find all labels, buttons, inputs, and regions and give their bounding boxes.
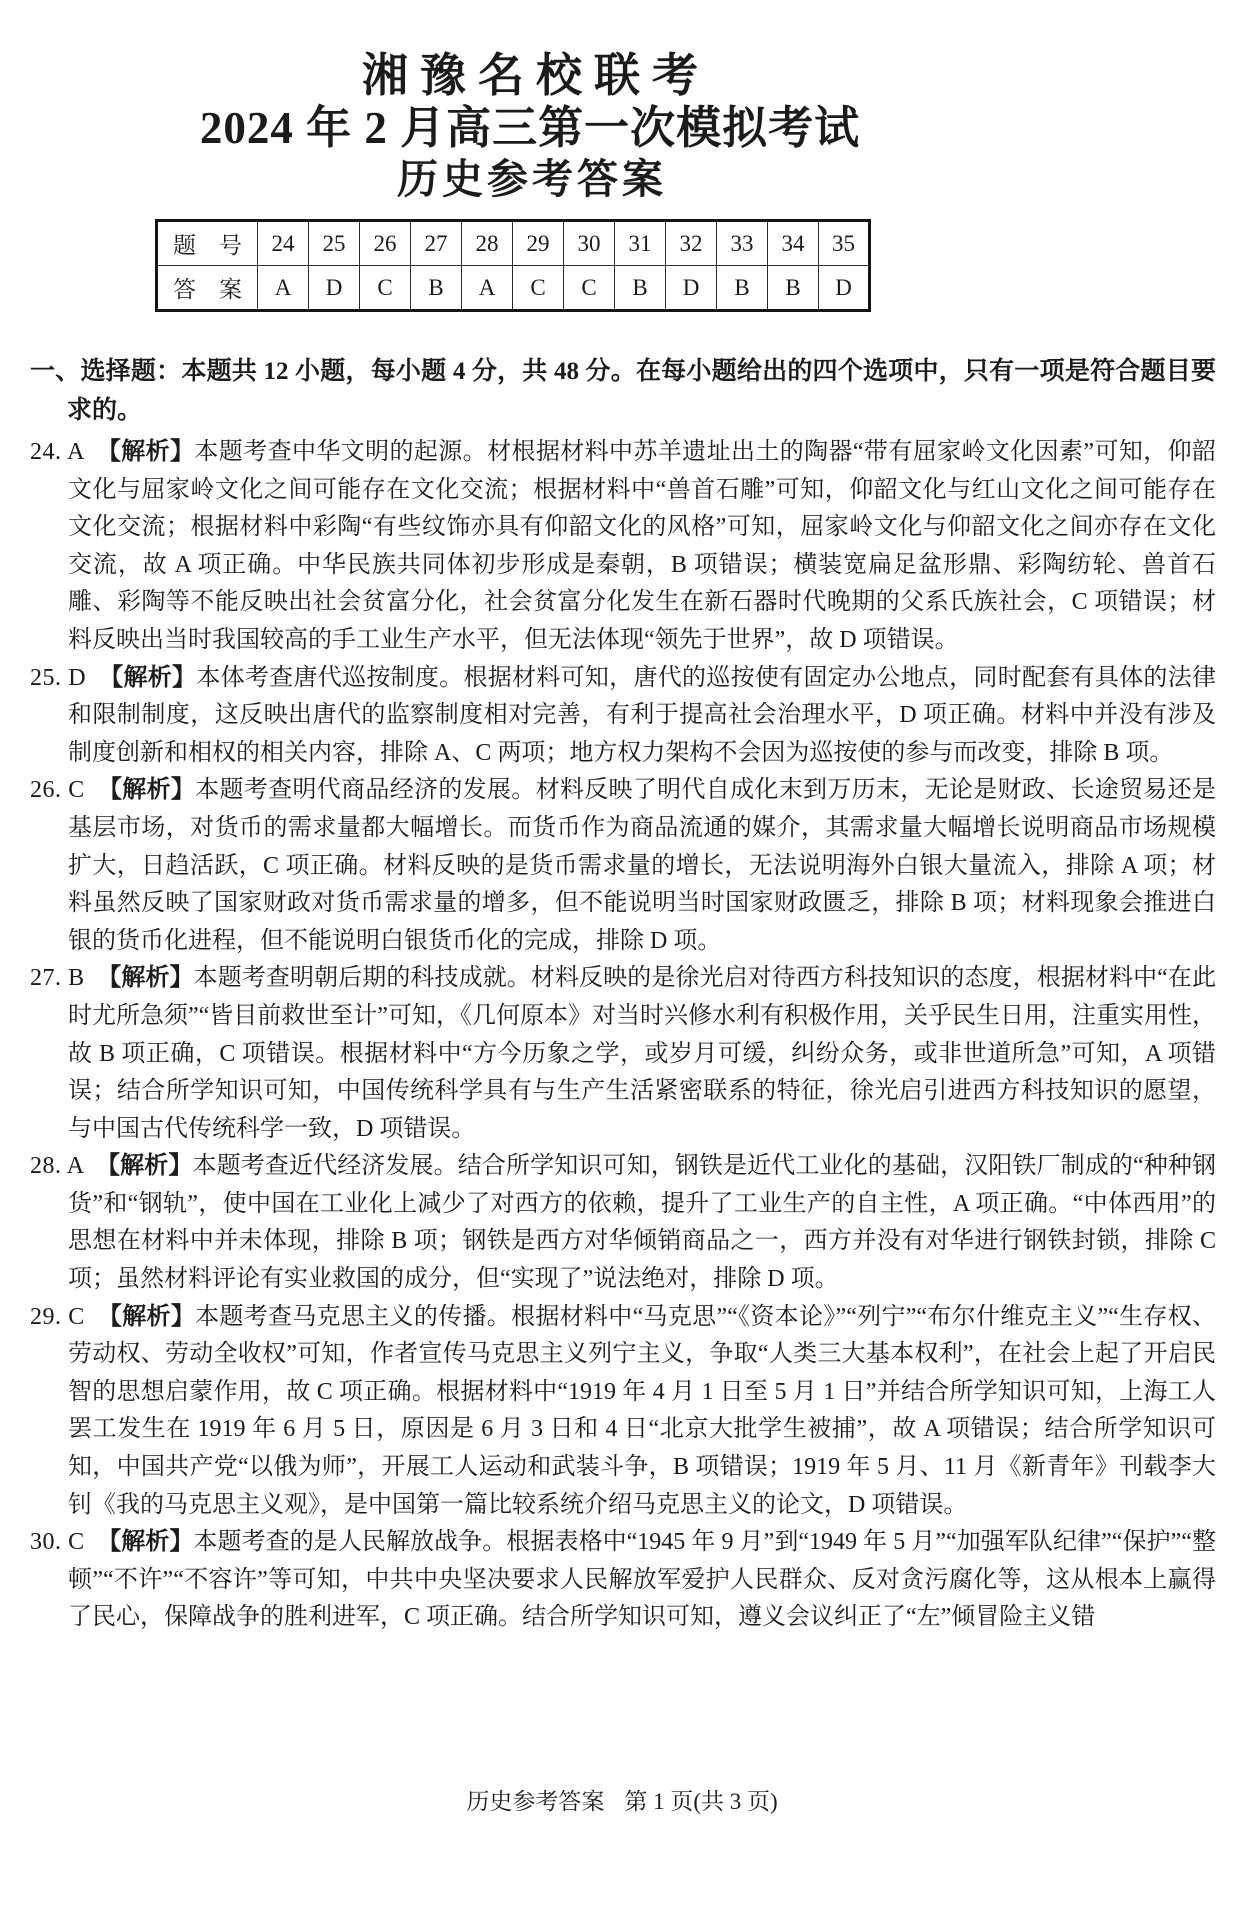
question-number-cell: 31 bbox=[615, 221, 666, 266]
question-number-cell: 35 bbox=[819, 221, 870, 266]
answer-table-row: 题 号242526272829303132333435 bbox=[157, 221, 870, 266]
explanation-item: 24. A 【解析】本题考查中华文明的起源。材根据材料中苏羊遗址出土的陶器“带有… bbox=[30, 434, 1216, 660]
question-number-and-answer: 28. A bbox=[30, 1153, 108, 1179]
answer-key-table: 题 号242526272829303132333435答 案ADCBACCBDB… bbox=[155, 219, 871, 312]
question-number-cell: 30 bbox=[564, 221, 615, 266]
explanation-text: 本题考查近代经济发展。结合所学知识可知，钢铁是近代工业化的基础，汉阳铁厂制成的“… bbox=[68, 1153, 1216, 1292]
question-number-cell: 25 bbox=[309, 221, 360, 266]
question-number-cell: 32 bbox=[666, 221, 717, 266]
explanation-text: 本题考查中华文明的起源。材根据材料中苏羊遗址出土的陶器“带有屈家岭文化因素”可知… bbox=[68, 439, 1216, 653]
question-number-and-answer: 30. C bbox=[30, 1529, 109, 1555]
answer-letter-cell: B bbox=[411, 266, 462, 311]
explanation-item: 26. C 【解析】本题考查明代商品经济的发展。材料反映了明代自成化末到万历末，… bbox=[30, 772, 1216, 960]
document-header: 湘豫名校联考 2024 年 2 月高三第一次模拟考试 历史参考答案 bbox=[30, 50, 1030, 204]
row-header-cell: 题 号 bbox=[157, 221, 258, 266]
answer-letter-cell: D bbox=[309, 266, 360, 311]
exam-answer-page: 湘豫名校联考 2024 年 2 月高三第一次模拟考试 历史参考答案 题 号242… bbox=[0, 0, 1244, 1637]
answer-letter-cell: B bbox=[615, 266, 666, 311]
answer-letter-cell: C bbox=[360, 266, 411, 311]
analysis-tag: 【解析】 bbox=[109, 439, 195, 465]
explanation-text: 本题考查明代商品经济的发展。材料反映了明代自成化末到万历末，无论是财政、长途贸易… bbox=[68, 777, 1216, 953]
exam-name-title: 湘豫名校联考 bbox=[30, 50, 1030, 102]
answer-letter-cell: C bbox=[564, 266, 615, 311]
answer-letter-cell: B bbox=[768, 266, 819, 311]
explanation-text: 本题考查的是人民解放战争。根据表格中“1945 年 9 月”到“1949 年 5… bbox=[68, 1529, 1216, 1630]
question-number-cell: 27 bbox=[411, 221, 462, 266]
footer-doc-name: 历史参考答案 bbox=[466, 1789, 604, 1814]
row-header-cell: 答 案 bbox=[157, 266, 258, 311]
analysis-tag: 【解析】 bbox=[109, 1529, 193, 1555]
answer-key-table-body: 题 号242526272829303132333435答 案ADCBACCBDB… bbox=[157, 221, 870, 311]
explanation-item: 27. B 【解析】本题考查明朝后期的科技成就。材料反映的是徐光启对待西方科技知… bbox=[30, 960, 1216, 1148]
question-number-and-answer: 25. D bbox=[30, 665, 111, 691]
page-footer: 历史参考答案第 1 页(共 3 页) bbox=[0, 1783, 1244, 1816]
question-number-cell: 34 bbox=[768, 221, 819, 266]
explanation-item: 29. C 【解析】本题考查马克思主义的传播。根据材料中“马克思”“《资本论》”… bbox=[30, 1299, 1216, 1525]
answer-letter-cell: D bbox=[666, 266, 717, 311]
question-number-and-answer: 29. C bbox=[30, 1304, 110, 1330]
exam-session-title: 2024 年 2 月高三第一次模拟考试 bbox=[30, 102, 1030, 154]
answer-letter-cell: D bbox=[819, 266, 870, 311]
explanation-text: 本题考查马克思主义的传播。根据材料中“马克思”“《资本论》”“列宁”“布尔什维克… bbox=[68, 1304, 1216, 1518]
content-area: 一、选择题：本题共 12 小题，每小题 4 分，共 48 分。在每小题给出的四个… bbox=[30, 352, 1216, 1637]
question-number-and-answer: 24. A bbox=[30, 439, 109, 465]
footer-page-info: 第 1 页(共 3 页) bbox=[624, 1789, 777, 1814]
analysis-tag: 【解析】 bbox=[110, 777, 195, 803]
analysis-tag: 【解析】 bbox=[109, 965, 193, 991]
explanation-text: 本体考查唐代巡按制度。根据材料可知，唐代的巡按使有固定办公地点，同时配套有具体的… bbox=[68, 665, 1216, 766]
question-number-cell: 24 bbox=[258, 221, 309, 266]
analysis-tag: 【解析】 bbox=[108, 1153, 192, 1179]
answer-letter-cell: B bbox=[717, 266, 768, 311]
answer-table-row: 答 案ADCBACCBDBBD bbox=[157, 266, 870, 311]
question-number-cell: 33 bbox=[717, 221, 768, 266]
question-number-cell: 29 bbox=[513, 221, 564, 266]
explanation-item: 28. A 【解析】本题考查近代经济发展。结合所学知识可知，钢铁是近代工业化的基… bbox=[30, 1148, 1216, 1298]
explanations-list: 24. A 【解析】本题考查中华文明的起源。材根据材料中苏羊遗址出土的陶器“带有… bbox=[30, 434, 1216, 1637]
answer-letter-cell: C bbox=[513, 266, 564, 311]
answer-letter-cell: A bbox=[462, 266, 513, 311]
answer-letter-cell: A bbox=[258, 266, 309, 311]
subject-title: 历史参考答案 bbox=[30, 154, 1030, 204]
explanation-item: 30. C 【解析】本题考查的是人民解放战争。根据表格中“1945 年 9 月”… bbox=[30, 1524, 1216, 1637]
question-number-and-answer: 26. C bbox=[30, 777, 110, 803]
question-number-and-answer: 27. B bbox=[30, 965, 109, 991]
section-heading: 一、选择题：本题共 12 小题，每小题 4 分，共 48 分。在每小题给出的四个… bbox=[30, 352, 1216, 430]
explanation-item: 25. D 【解析】本体考查唐代巡按制度。根据材料可知，唐代的巡按使有固定办公地… bbox=[30, 660, 1216, 773]
question-number-cell: 28 bbox=[462, 221, 513, 266]
question-number-cell: 26 bbox=[360, 221, 411, 266]
explanation-text: 本题考查明朝后期的科技成就。材料反映的是徐光启对待西方科技知识的态度，根据材料中… bbox=[68, 965, 1216, 1141]
analysis-tag: 【解析】 bbox=[111, 665, 196, 691]
analysis-tag: 【解析】 bbox=[110, 1304, 195, 1330]
